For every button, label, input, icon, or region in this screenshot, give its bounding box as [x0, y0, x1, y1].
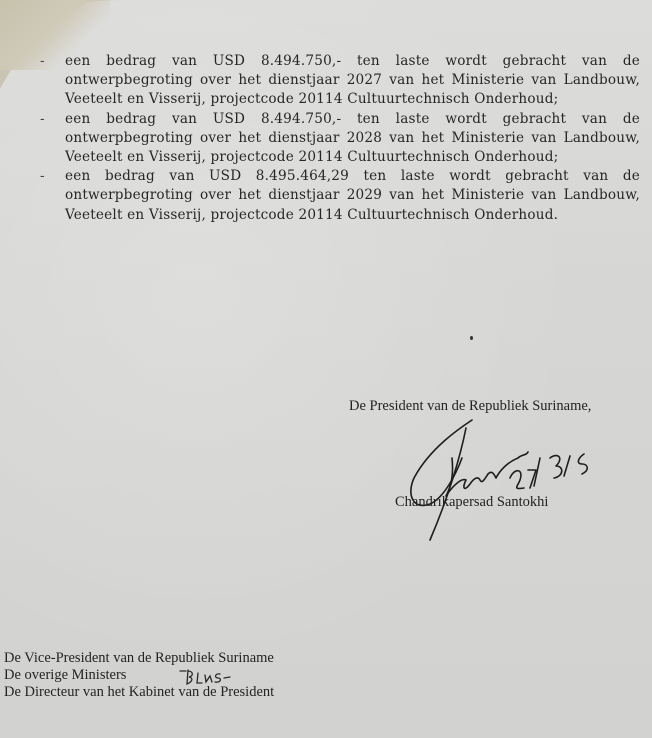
bullet-dash: - — [40, 52, 52, 71]
resolution-body: - een bedrag van USD 8.494.750,- ten las… — [40, 52, 640, 225]
president-signature-icon — [400, 418, 640, 543]
budget-item-text: een bedrag van USD 8.494.750,- ten laste… — [65, 52, 640, 110]
budget-item-text: een bedrag van USD 8.494.750,- ten laste… — [65, 110, 640, 168]
budget-item-2028: - een bedrag van USD 8.494.750,- ten las… — [40, 110, 640, 168]
distribution-cabinet-director: De Directeur van het Kabinet van de Pres… — [4, 684, 274, 701]
budget-item-2027: - een bedrag van USD 8.494.750,- ten las… — [40, 52, 640, 110]
budget-item-text: een bedrag van USD 8.495.464,29 ten last… — [65, 167, 640, 225]
budget-item-2029: - een bedrag van USD 8.495.464,29 ten la… — [40, 167, 640, 225]
signer-name: Chandrikapersad Santokhi — [395, 494, 548, 511]
signature-title: De President van de Republiek Suriname, — [349, 398, 591, 415]
distribution-vice-president: De Vice-President van de Republiek Surin… — [4, 650, 274, 667]
bullet-dash: - — [40, 110, 52, 129]
ink-speck — [470, 336, 473, 340]
handwritten-initials-icon — [178, 668, 258, 686]
bullet-dash: - — [40, 167, 52, 186]
